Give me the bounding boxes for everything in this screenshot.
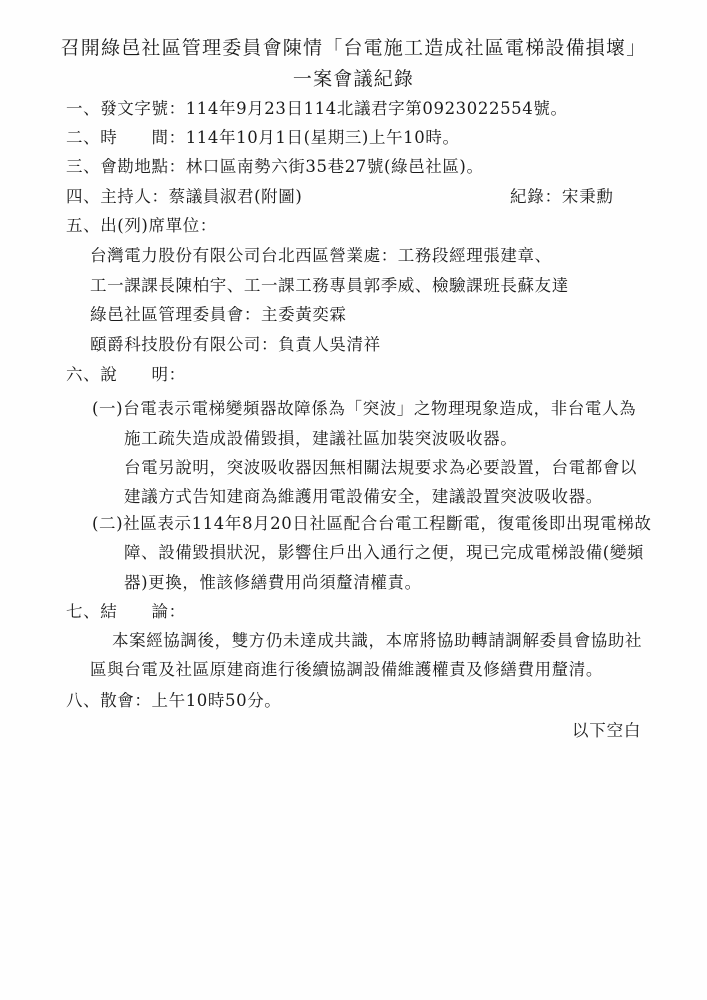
attendee-line: 工一課課長陳柏宇、工一課工務專員郭季威、檢驗課班長蘇友達 bbox=[90, 276, 569, 296]
item-attendees-heading: 五、出(列)席單位： bbox=[66, 216, 217, 236]
item-chairperson: 四、主持人：蔡議員淑君(附圖) bbox=[66, 187, 302, 207]
item-conclusion-heading: 七、結 論： bbox=[66, 602, 186, 622]
document-page: 召開綠邑社區管理委員會陳情「台電施工造成社區電梯設備損壞」 一案會議紀錄 一、發… bbox=[0, 0, 707, 1000]
conclusion-line: 本案經協調後，雙方仍未達成共識，本席將協助轉請調解委員會協助社 bbox=[112, 631, 642, 651]
item-document-number: 一、發文字號：114年9月23日114北議君字第0923022554號。 bbox=[66, 99, 568, 119]
document-title-line-1: 召開綠邑社區管理委員會陳情「台電施工造成社區電梯設備損壞」 bbox=[0, 38, 707, 58]
explanation-sub2-line: 器)更換，惟該修繕費用尚須釐清權責。 bbox=[124, 573, 422, 593]
explanation-sub2-line: 障、設備毀損狀況，影響住戶出入通行之便，現已完成電梯設備(變頻 bbox=[124, 543, 644, 563]
explanation-sub1-line: (一)台電表示電梯變頻器故障係為「突波」之物理現象造成，非台電人為 bbox=[92, 399, 636, 419]
attendee-line: 台灣電力股份有限公司台北西區營業處：工務段經理張建章、 bbox=[90, 246, 552, 266]
conclusion-line: 區與台電及社區原建商進行後續協調設備維護權責及修繕費用釐清。 bbox=[90, 660, 603, 680]
item-explanation-heading: 六、說 明： bbox=[66, 365, 186, 385]
attendee-line: 頤爵科技股份有限公司：負責人吳清祥 bbox=[90, 335, 381, 355]
explanation-sub2-line: (二)社區表示114年8月20日社區配合台電工程斷電，復電後即出現電梯故 bbox=[92, 514, 651, 534]
item-adjournment: 八、散會：上午10時50分。 bbox=[66, 691, 281, 711]
item-meeting-location: 三、會勘地點：林口區南勢六街35巷27號(綠邑社區)。 bbox=[66, 157, 484, 177]
explanation-sub1-line: 施工疏失造成設備毀損，建議社區加裝突波吸收器。 bbox=[124, 429, 517, 449]
explanation-sub1-line: 建議方式告知建商為維護用電設備安全，建議設置突波吸收器。 bbox=[124, 487, 603, 507]
explanation-sub1-line: 台電另說明，突波吸收器因無相關法規要求為必要設置，台電都會以 bbox=[124, 458, 637, 478]
item-meeting-time: 二、時 間：114年10月1日(星期三)上午10時。 bbox=[66, 128, 460, 148]
item-recorder: 紀錄：宋秉勳 bbox=[510, 187, 614, 207]
document-title-line-2: 一案會議紀錄 bbox=[0, 69, 707, 89]
attendee-line: 綠邑社區管理委員會：主委黃奕霖 bbox=[90, 305, 347, 325]
end-note: 以下空白 bbox=[572, 721, 641, 741]
